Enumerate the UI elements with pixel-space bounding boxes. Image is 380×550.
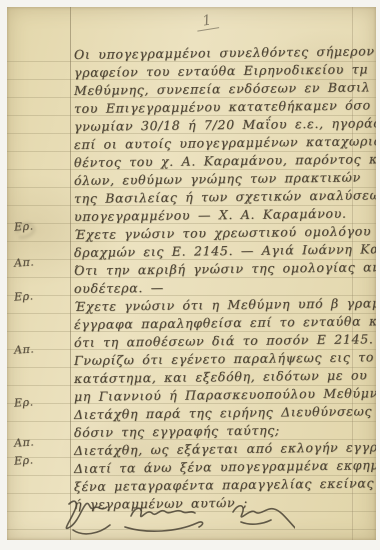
margin-mark: Ερ. xyxy=(14,395,34,409)
margin-mark: Απ. xyxy=(14,435,35,449)
scanned-manuscript-page: 1 Ερ.Απ.Ερ.Απ.Ερ.Απ.Ερ. Οι υπογεγραμμένο… xyxy=(0,0,380,550)
margin-mark: Ερ. xyxy=(14,289,34,303)
margin-marks: Ερ.Απ.Ερ.Απ.Ερ.Απ.Ερ. xyxy=(7,7,70,540)
signature-area xyxy=(55,496,295,540)
margin-mark: Ερ. xyxy=(14,453,34,467)
paper-sheet: 1 Ερ.Απ.Ερ.Απ.Ερ.Απ.Ερ. Οι υπογεγραμμένο… xyxy=(7,7,376,540)
margin-rule-line xyxy=(70,7,71,540)
margin-mark: Απ. xyxy=(14,342,35,356)
signature-flourish-1 xyxy=(66,501,110,534)
margin-mark: Απ. xyxy=(14,255,35,269)
signature-flourish-2 xyxy=(125,508,203,531)
page-number: 1 xyxy=(195,11,219,31)
margin-mark: Ερ. xyxy=(14,219,34,233)
handwriting-lines: Οι υπογεγραμμένοι συνελθόντες σήμερον εγ… xyxy=(74,46,376,514)
signature-flourish-3 xyxy=(233,506,295,532)
